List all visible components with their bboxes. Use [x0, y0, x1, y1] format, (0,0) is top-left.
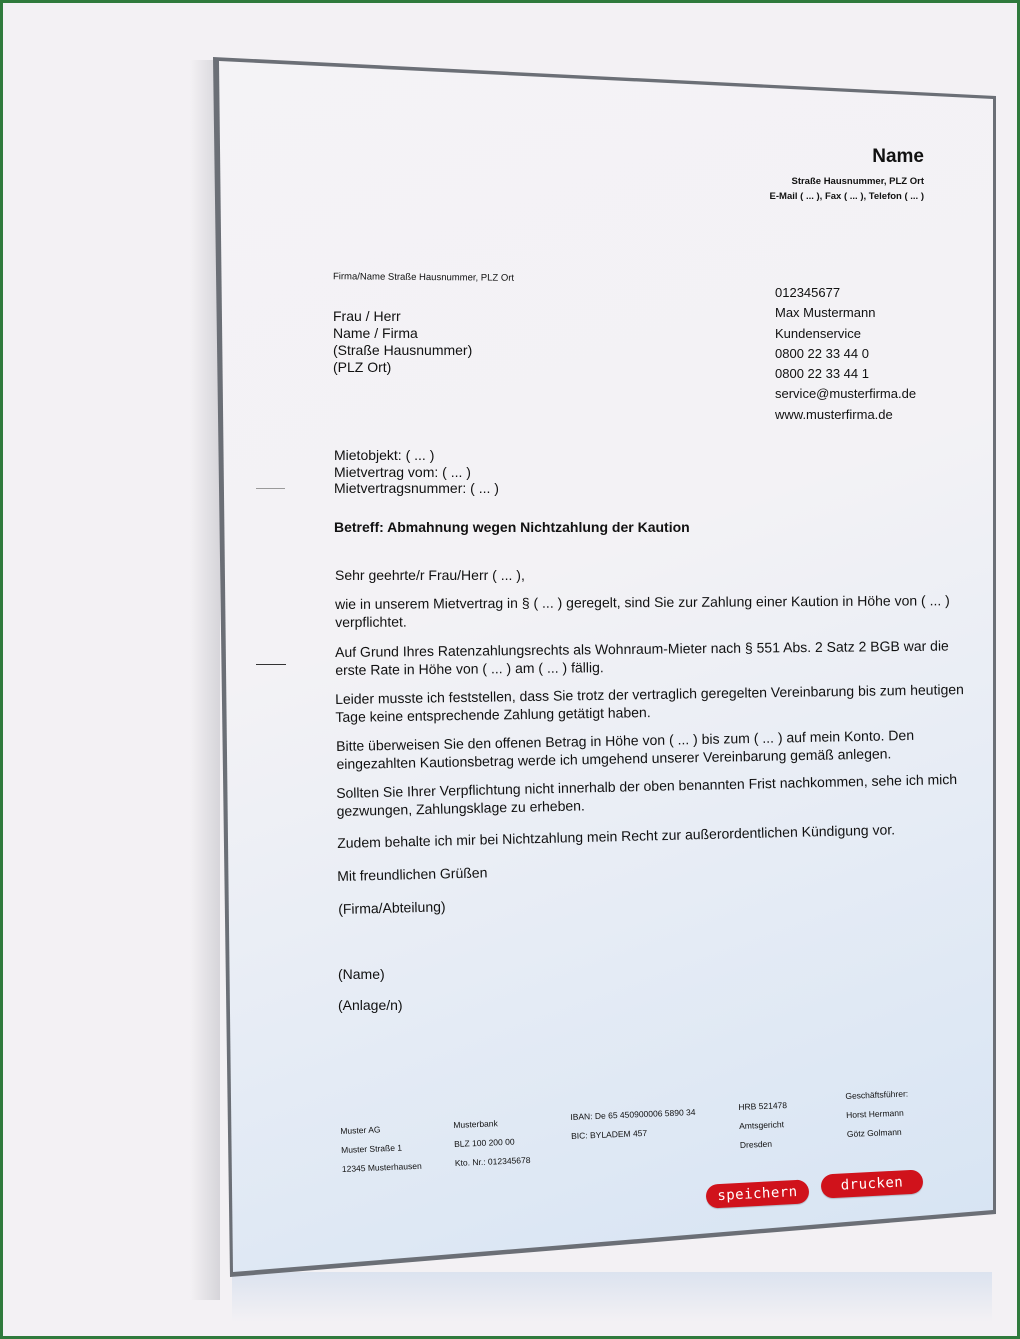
print-button[interactable]: drucken: [820, 1169, 923, 1198]
paragraph-line: verpflichtet.: [335, 609, 950, 631]
paragraph: Sollten Sie Ihrer Verpflichtung nicht in…: [336, 770, 958, 820]
contact-person: Max Mustermann: [775, 303, 916, 323]
recipient-line: Name / Firma: [333, 325, 472, 342]
footer-line: Horst Hermann: [846, 1103, 910, 1125]
footer-bank: Musterbank BLZ 100 200 00 Kto. Nr.: 0123…: [453, 1113, 531, 1173]
footer-line: Geschäftsführer:: [845, 1084, 909, 1106]
recipient-line: Frau / Herr: [333, 308, 472, 325]
return-address: Firma/Name Straße Hausnummer, PLZ Ort: [333, 271, 514, 284]
reference-line: Mietvertrag vom: ( ... ): [334, 464, 499, 481]
footer-line: HRB 521478: [738, 1096, 787, 1117]
reference-line: Mietvertragsnummer: ( ... ): [334, 480, 499, 497]
paragraph: Auf Grund Ihres Ratenzahlungsrechts als …: [335, 637, 949, 679]
punch-mark: [256, 664, 286, 665]
paragraph: Bitte überweisen Sie den offenen Betrag …: [336, 726, 915, 773]
footer-line: 12345 Musterhausen: [342, 1157, 423, 1179]
footer-company: Muster AG Muster Straße 1 12345 Musterha…: [340, 1119, 422, 1179]
footer-register: HRB 521478 Amtsgericht Dresden: [738, 1096, 789, 1155]
recipient-block: Frau / Herr Name / Firma (Straße Hausnum…: [333, 308, 472, 376]
footer-line: BIC: BYLADEM 457: [571, 1122, 697, 1146]
department: Kundenservice: [775, 324, 916, 344]
recipient-line: (Straße Hausnummer): [333, 342, 472, 359]
paragraph-line: Zudem behalte ich mir bei Nichtzahlung m…: [337, 820, 895, 852]
footer-iban: IBAN: De 65 450900006 5890 34 BIC: BYLAD…: [570, 1103, 697, 1146]
customer-number: 012345677: [775, 283, 916, 303]
paragraph: Leider musste ich feststellen, dass Sie …: [335, 680, 964, 726]
fax: 0800 22 33 44 1: [775, 364, 916, 384]
email: service@musterfirma.de: [775, 384, 916, 404]
paragraph: wie in unserem Mietvertrag in § ( ... ) …: [335, 591, 950, 631]
reference-block: Mietobjekt: ( ... ) Mietvertrag vom: ( .…: [334, 447, 499, 497]
sender-address: Straße Hausnummer, PLZ Ort: [791, 176, 924, 187]
sender-department: (Firma/Abteilung): [338, 897, 446, 918]
website: www.musterfirma.de: [775, 405, 916, 425]
recipient-line: (PLZ Ort): [333, 359, 472, 376]
reference-line: Mietobjekt: ( ... ): [334, 447, 499, 464]
fold-mark: [256, 488, 285, 489]
phone: 0800 22 33 44 0: [775, 344, 916, 364]
footer-line: Götz Golmann: [847, 1122, 911, 1144]
sender-name: Name: [872, 146, 924, 168]
paragraph-line: wie in unserem Mietvertrag in § ( ... ) …: [335, 591, 950, 613]
letter-content: Name Straße Hausnummer, PLZ Ort E-Mail (…: [0, 0, 1020, 1339]
footer-management: Geschäftsführer: Horst Hermann Götz Golm…: [845, 1084, 910, 1143]
footer-line: Dresden: [740, 1134, 789, 1155]
attachments: (Anlage/n): [338, 996, 403, 1014]
footer-line: Kto. Nr.: 012345678: [455, 1151, 531, 1173]
footer-line: Amtsgericht: [739, 1115, 788, 1136]
sender-contact: E-Mail ( ... ), Fax ( ... ), Telefon ( .…: [770, 191, 924, 202]
subject-line: Betreff: Abmahnung wegen Nichtzahlung de…: [334, 519, 690, 535]
closing: Mit freundlichen Grüßen: [337, 863, 488, 885]
save-button[interactable]: speichern: [705, 1179, 809, 1208]
contact-block: 012345677 Max Mustermann Kundenservice 0…: [775, 283, 916, 425]
salutation: Sehr geehrte/r Frau/Herr ( ... ),: [335, 566, 525, 584]
paragraph: Zudem behalte ich mir bei Nichtzahlung m…: [337, 820, 895, 852]
signature-name: (Name): [338, 965, 385, 983]
